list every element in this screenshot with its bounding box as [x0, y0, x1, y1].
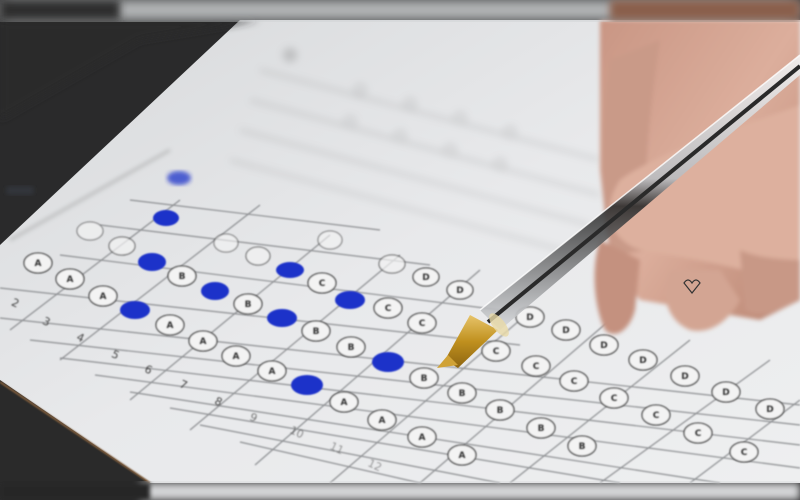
- svg-text:B: B: [313, 327, 320, 337]
- filled-bubble: [335, 291, 365, 309]
- filled-bubble: [267, 309, 297, 327]
- filled-bubble: [120, 301, 150, 319]
- svg-text:D: D: [600, 341, 607, 351]
- svg-text:C: C: [533, 362, 540, 372]
- svg-text:D: D: [681, 372, 688, 382]
- filled-bubble: [138, 253, 166, 271]
- svg-text:C: C: [493, 347, 500, 357]
- svg-text:D: D: [722, 388, 729, 398]
- svg-text:C: C: [319, 279, 326, 289]
- svg-text:A: A: [233, 352, 240, 362]
- svg-text:A: A: [459, 451, 466, 461]
- svg-text:C: C: [571, 377, 578, 387]
- svg-text:A: A: [341, 398, 348, 408]
- svg-text:C: C: [385, 304, 392, 314]
- svg-text:B: B: [179, 272, 186, 282]
- svg-text:B: B: [459, 389, 466, 399]
- svg-text:D: D: [766, 405, 773, 415]
- svg-text:A: A: [67, 275, 74, 285]
- svg-text:B: B: [579, 442, 586, 452]
- filled-bubble: [276, 262, 304, 278]
- sheet-header-mark: [6, 186, 34, 195]
- svg-text:D: D: [456, 286, 463, 296]
- photo-scene: 2 3 4 5 6 7 8 9 10 11 12: [0, 0, 800, 500]
- svg-text:D: D: [526, 313, 533, 323]
- svg-text:B: B: [348, 343, 355, 353]
- svg-text:C: C: [695, 429, 702, 439]
- answer-sheet-photo: 2 3 4 5 6 7 8 9 10 11 12: [0, 0, 800, 500]
- svg-text:B: B: [538, 424, 545, 434]
- filled-bubble: [372, 352, 404, 372]
- svg-text:A: A: [419, 433, 426, 443]
- svg-text:C: C: [653, 411, 660, 421]
- filled-bubble: [167, 171, 191, 185]
- bottom-blur-band: [140, 483, 800, 500]
- svg-text:A: A: [100, 292, 107, 302]
- svg-text:D: D: [422, 273, 429, 283]
- svg-text:B: B: [245, 300, 252, 310]
- svg-text:A: A: [269, 367, 276, 377]
- svg-text:C: C: [611, 394, 618, 404]
- filled-bubble: [291, 375, 323, 395]
- svg-text:B: B: [497, 406, 504, 416]
- svg-text:A: A: [167, 321, 174, 331]
- svg-text:A: A: [35, 259, 42, 269]
- svg-text:A: A: [200, 337, 207, 347]
- svg-text:D: D: [639, 356, 646, 366]
- svg-text:C: C: [419, 319, 426, 329]
- svg-text:C: C: [741, 448, 748, 458]
- filled-bubble: [153, 210, 179, 226]
- filled-bubble: [201, 282, 229, 300]
- svg-text:A: A: [379, 416, 386, 426]
- svg-text:B: B: [421, 374, 428, 384]
- svg-text:D: D: [562, 326, 569, 336]
